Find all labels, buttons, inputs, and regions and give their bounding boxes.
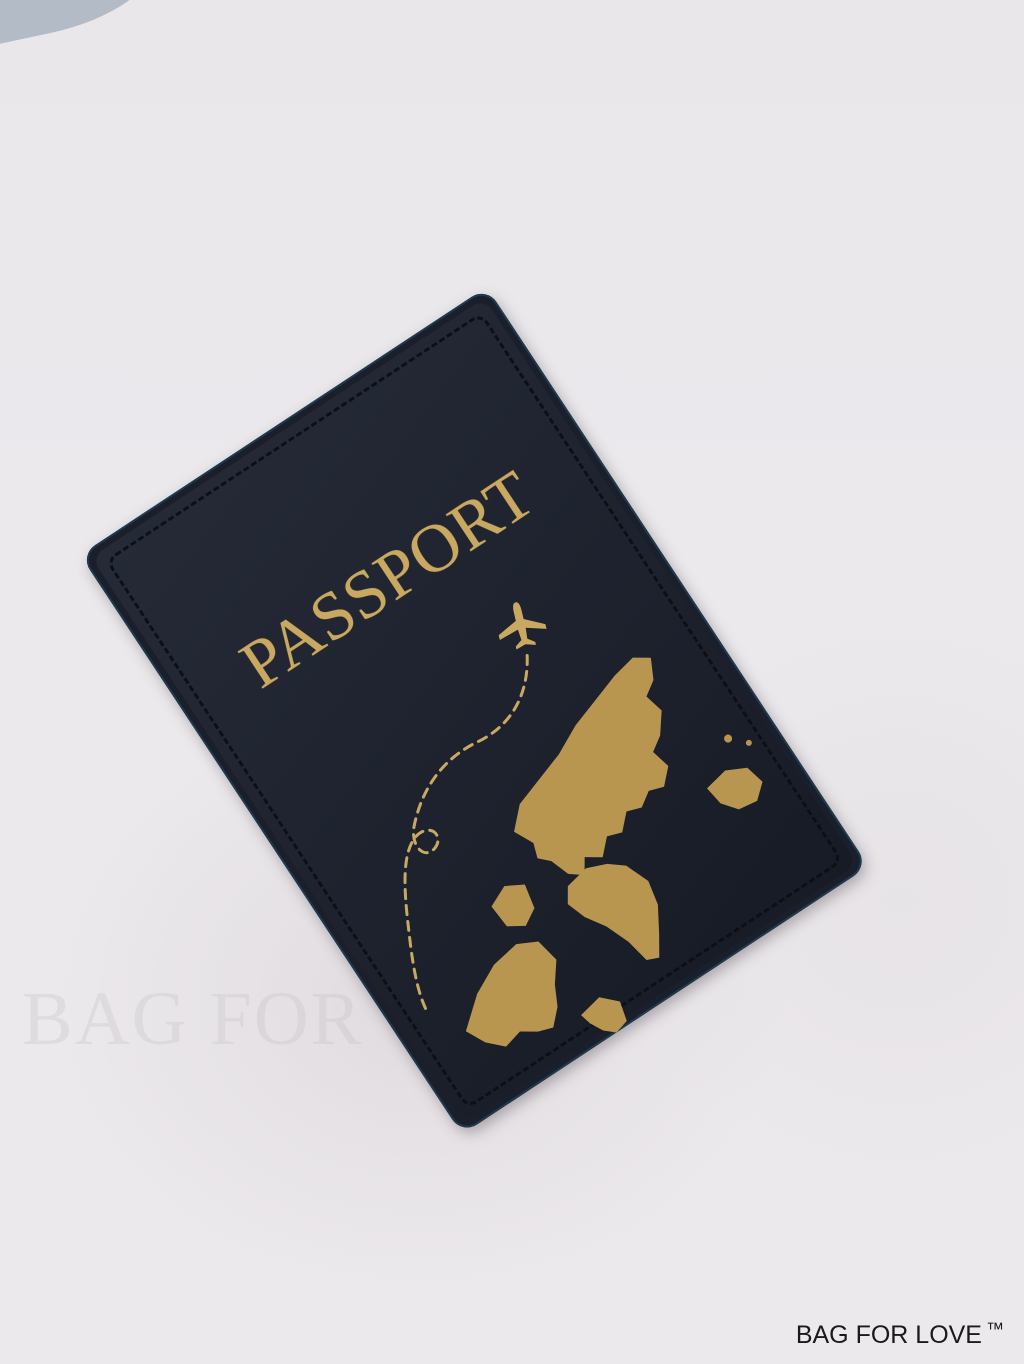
brand-watermark: BAG FOR LOVE™ — [796, 1319, 1004, 1350]
brand-name: BAG FOR LOVE — [796, 1321, 982, 1349]
trademark-symbol: ™ — [986, 1319, 1004, 1339]
airplane-icon — [492, 597, 549, 653]
faint-watermark: BAG FOR — [22, 976, 363, 1063]
